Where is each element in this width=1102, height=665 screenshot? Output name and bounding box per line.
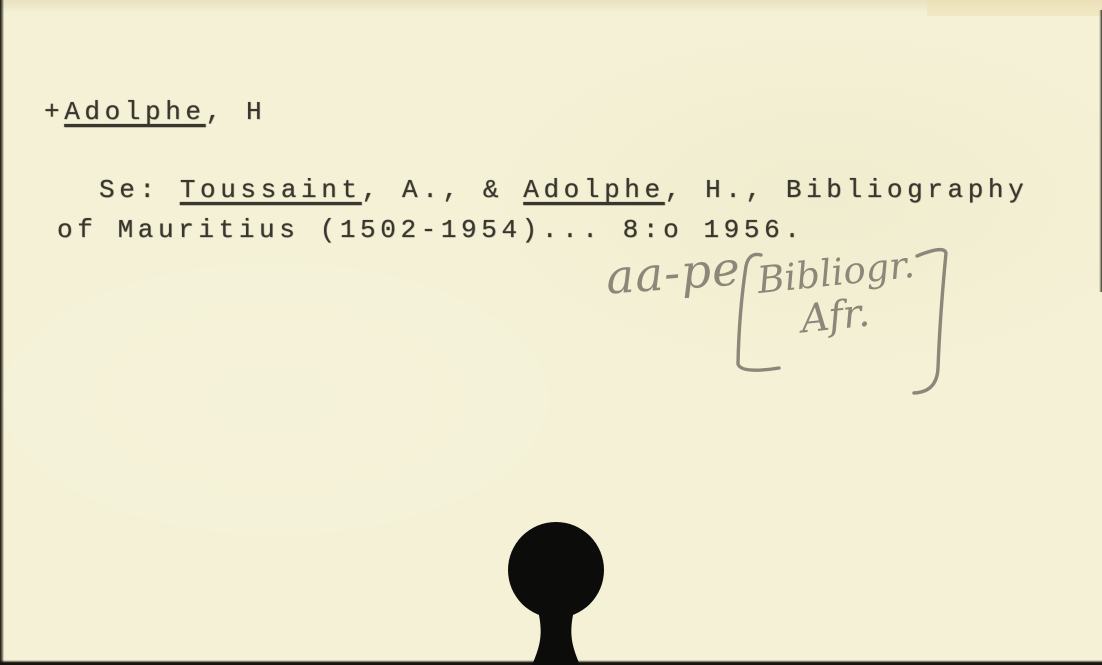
card-left-edge bbox=[0, 0, 4, 665]
author-adolphe-underlined: Adolphe bbox=[523, 175, 664, 205]
author-separator-text: , A., & bbox=[362, 175, 524, 205]
heading-name-underlined: Adolphe bbox=[64, 97, 205, 127]
see-reference-label: Se: bbox=[99, 175, 180, 205]
see-reference-line-2: of Mauritius (1502-1954)... 8:o 1956. bbox=[57, 217, 805, 243]
bracket-left-mark bbox=[738, 254, 779, 370]
title-continuation-text: of Mauritius (1502-1954)... 8:o 1956. bbox=[57, 215, 805, 245]
author-toussaint-underlined: Toussaint bbox=[180, 175, 362, 205]
scan-top-shading bbox=[0, 0, 1102, 13]
pencil-shelfmark: aa-pe bbox=[605, 245, 743, 301]
heading-initial: , H bbox=[206, 97, 267, 127]
catalog-card: +Adolphe, H Se: Toussaint, A., & Adolphe… bbox=[0, 0, 1102, 665]
added-entry-plus-sign: + bbox=[44, 97, 64, 127]
pencil-brackets bbox=[725, 240, 960, 415]
see-reference-line-1: Se: Toussaint, A., & Adolphe, H., Biblio… bbox=[99, 177, 1028, 203]
heading-line: +Adolphe, H bbox=[44, 99, 266, 125]
scan-top-right-stain bbox=[927, 0, 1102, 16]
hole-slot-stem bbox=[532, 598, 580, 665]
rod-hole-punch bbox=[495, 515, 625, 665]
title-start-text: , H., Bibliography bbox=[665, 175, 1029, 205]
bracket-right-mark bbox=[914, 250, 946, 393]
